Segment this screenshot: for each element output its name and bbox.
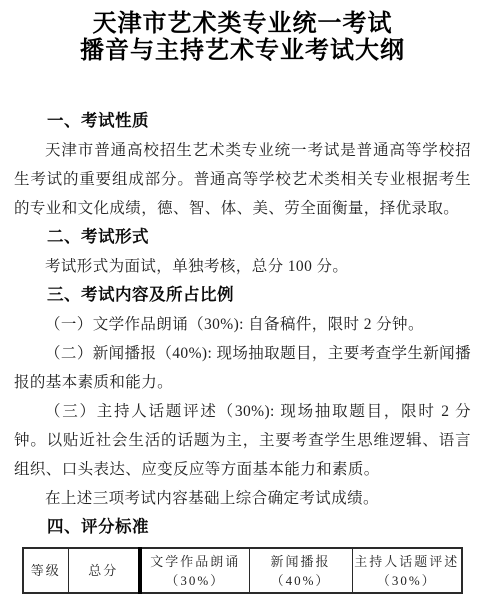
heading-exam-format: 二、考试形式 [14,223,471,252]
col-header-grade-label: 等级 [24,561,68,580]
col-header-grade: 等级 [23,548,68,593]
col-header-literary-recitation: 文学作品朗诵 （30%） [140,548,249,593]
para-exam-nature: 天津市普通高校招生艺术类专业统一考试是普通高等学校招生考试的重要组成部分。普通高… [14,136,471,223]
para-exam-format: 考试形式为面试，单独考核，总分 100 分。 [14,252,471,281]
table-header-row: 等级 总分 文学作品朗诵 （30%） 新闻播报 （40%） 主持人话题评述 （3… [23,548,462,593]
para-item-literary-recitation: （一）文学作品朗诵（30%): 自备稿件，限时 2 分钟。 [14,310,471,339]
col-header-host-commentary-percent: （30%） [353,571,462,590]
para-item-news-broadcast: （二）新闻播报（40%): 现场抽取题目，主要考查学生新闻播报的基本素质和能力。 [14,339,471,397]
heading-scoring-standard: 四、评分标准 [14,513,471,542]
col-header-host-commentary-label: 主持人话题评述 [353,552,462,571]
scoring-table: 等级 总分 文学作品朗诵 （30%） 新闻播报 （40%） 主持人话题评述 （3… [22,547,463,594]
document-title: 天津市艺术类专业统一考试 播音与主持艺术专业考试大纲 [14,10,471,65]
title-line-2: 播音与主持艺术专业考试大纲 [14,38,471,65]
para-score-summary: 在上述三项考试内容基础上综合确定考试成绩。 [14,484,471,513]
col-header-literary-recitation-percent: （30%） [142,571,249,590]
col-header-total-score-label: 总分 [69,561,139,580]
document-page: 天津市艺术类专业统一考试 播音与主持艺术专业考试大纲 一、考试性质 天津市普通高… [0,0,485,607]
col-header-news-broadcast-percent: （40%） [250,571,352,590]
col-header-host-commentary: 主持人话题评述 （30%） [352,548,462,593]
col-header-literary-recitation-label: 文学作品朗诵 [142,552,249,571]
document-body: 一、考试性质 天津市普通高校招生艺术类专业统一考试是普通高等学校招生考试的重要组… [14,107,471,594]
heading-exam-content: 三、考试内容及所占比例 [14,281,471,310]
title-line-1: 天津市艺术类专业统一考试 [14,11,471,38]
col-header-total-score: 总分 [68,548,140,593]
heading-exam-nature: 一、考试性质 [14,107,471,136]
para-item-host-commentary: （三）主持人话题评述（30%): 现场抽取题目，限时 2 分钟。以贴近社会生活的… [14,397,471,484]
col-header-news-broadcast: 新闻播报 （40%） [249,548,352,593]
col-header-news-broadcast-label: 新闻播报 [250,552,352,571]
